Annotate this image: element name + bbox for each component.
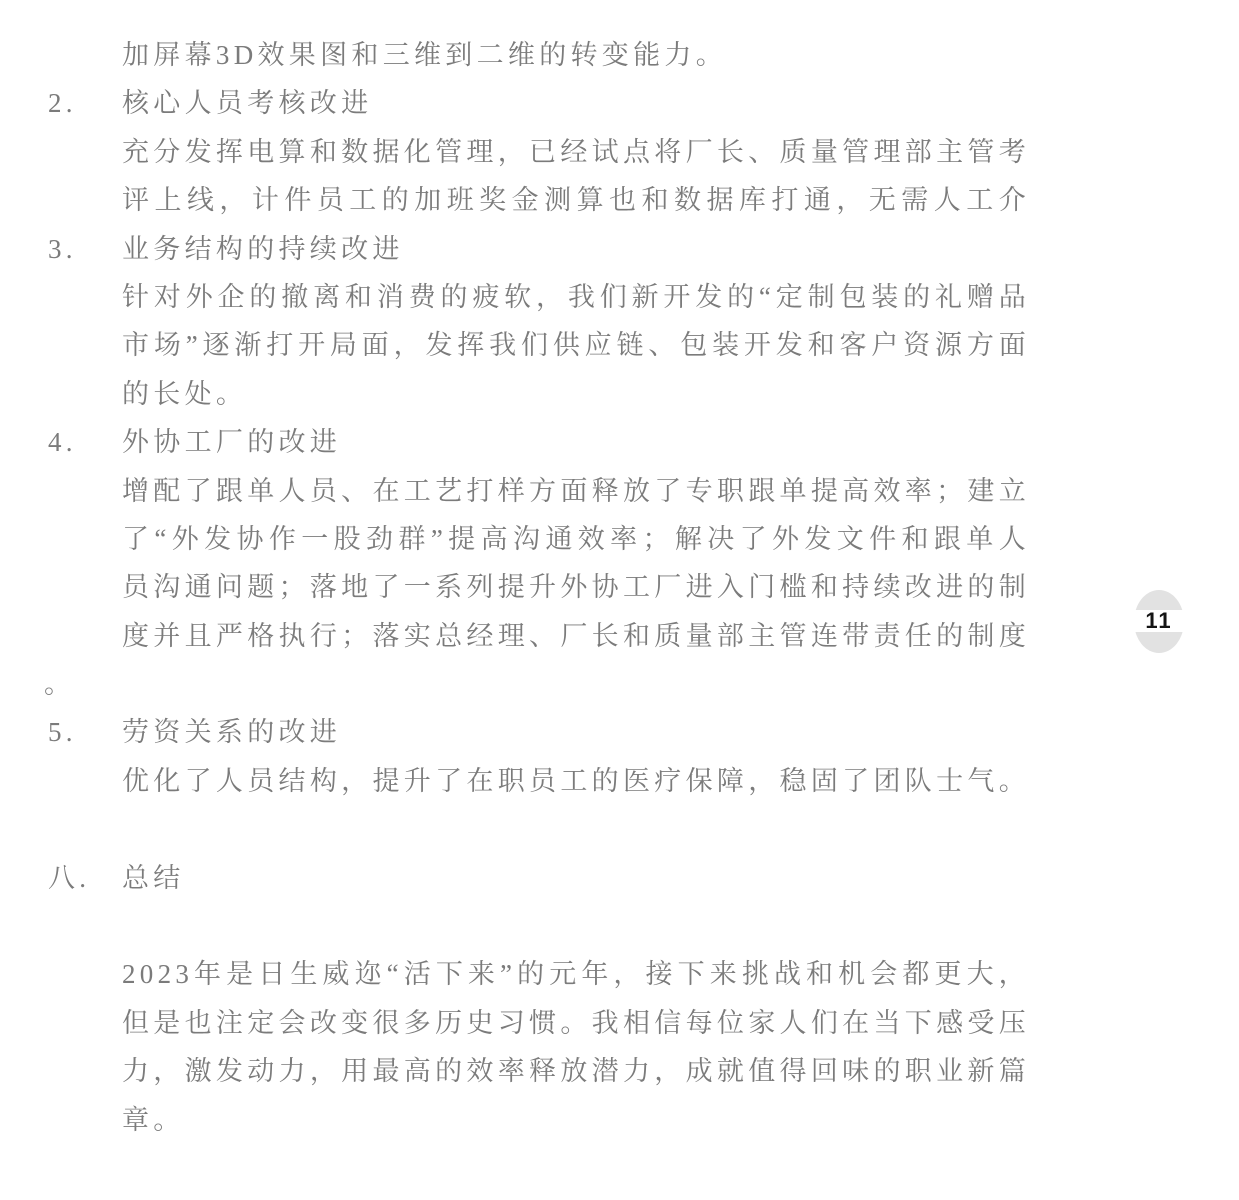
text-line: 市场”逐渐打开局面，发挥我们供应链、包装开发和客户资源方面 — [0, 321, 1239, 369]
text-line: 充分发挥电算和数据化管理，已经试点将厂长、质量管理部主管考 — [0, 128, 1239, 176]
line-text: 。 — [44, 660, 952, 708]
line-text: 加屏幕3D效果图和三维到二维的转变能力。 — [122, 31, 1030, 79]
document-text-block: 加屏幕3D效果图和三维到二维的转变能力。2.核心人员考核改进充分发挥电算和数据化… — [0, 31, 1239, 1144]
text-line: 。 — [0, 660, 1239, 708]
list-item-line: 3.业务结构的持续改进 — [0, 225, 1239, 273]
line-text: 了“外发协作一股劲群”提高沟通效率；解决了外发文件和跟单人 — [122, 515, 1030, 563]
line-text: 外协工厂的改进 — [122, 418, 1030, 466]
list-number: 4. — [48, 418, 77, 466]
text-line: 了“外发协作一股劲群”提高沟通效率；解决了外发文件和跟单人 — [0, 515, 1239, 563]
list-number: 八. — [48, 854, 90, 902]
text-line: 针对外企的撤离和消费的疲软，我们新开发的“定制包装的礼赠品 — [0, 273, 1239, 321]
line-text: 评上线，计件员工的加班奖金测算也和数据库打通，无需人工介入。 — [122, 176, 1030, 224]
list-number: 5. — [48, 708, 77, 756]
text-line: 但是也注定会改变很多历史习惯。我相信每位家人们在当下感受压 — [0, 999, 1239, 1047]
line-text: 增配了跟单人员、在工艺打样方面释放了专职跟单提高效率；建立 — [122, 467, 1030, 515]
line-text: 员沟通问题；落地了一系列提升外协工厂进入门槛和持续改进的制 — [122, 563, 1030, 611]
text-line — [0, 902, 1239, 950]
line-text: 力，激发动力，用最高的效率释放潜力，成就值得回味的职业新篇 — [122, 1047, 1030, 1095]
line-text: 充分发挥电算和数据化管理，已经试点将厂长、质量管理部主管考 — [122, 128, 1030, 176]
text-line: 增配了跟单人员、在工艺打样方面释放了专职跟单提高效率；建立 — [0, 467, 1239, 515]
text-line: 度并且严格执行；落实总经理、厂长和质量部主管连带责任的制度 — [0, 612, 1239, 660]
list-number: 3. — [48, 225, 77, 273]
list-item-line: 2.核心人员考核改进 — [0, 79, 1239, 127]
list-item-line: 八.总结 — [0, 854, 1239, 902]
line-text: 市场”逐渐打开局面，发挥我们供应链、包装开发和客户资源方面 — [122, 321, 1030, 369]
line-text: 优化了人员结构，提升了在职员工的医疗保障，稳固了团队士气。 — [122, 757, 1030, 805]
line-text: 总结 — [122, 854, 1030, 902]
text-line: 评上线，计件员工的加班奖金测算也和数据库打通，无需人工介入。 — [0, 176, 1239, 224]
text-line: 2023年是日生威迩“活下来”的元年，接下来挑战和机会都更大， — [0, 950, 1239, 998]
line-text: 章。 — [122, 1096, 1030, 1144]
line-text: 劳资关系的改进 — [122, 708, 1030, 756]
text-line: 加屏幕3D效果图和三维到二维的转变能力。 — [0, 31, 1239, 79]
text-line: 优化了人员结构，提升了在职员工的医疗保障，稳固了团队士气。 — [0, 757, 1239, 805]
text-line — [0, 805, 1239, 853]
list-item-line: 4.外协工厂的改进 — [0, 418, 1239, 466]
line-text: 的长处。 — [122, 370, 1030, 418]
line-text: 针对外企的撤离和消费的疲软，我们新开发的“定制包装的礼赠品 — [122, 273, 1030, 321]
line-text: 核心人员考核改进 — [122, 79, 1030, 127]
line-text: 度并且严格执行；落实总经理、厂长和质量部主管连带责任的制度 — [122, 612, 1030, 660]
list-number: 2. — [48, 79, 77, 127]
line-text: 业务结构的持续改进 — [122, 225, 1030, 273]
line-text: 但是也注定会改变很多历史习惯。我相信每位家人们在当下感受压 — [122, 999, 1030, 1047]
page-number: 11 — [1145, 610, 1172, 632]
line-text: 2023年是日生威迩“活下来”的元年，接下来挑战和机会都更大， — [122, 950, 1030, 998]
text-line: 员沟通问题；落地了一系列提升外协工厂进入门槛和持续改进的制 — [0, 563, 1239, 611]
list-item-line: 5.劳资关系的改进 — [0, 708, 1239, 756]
text-line: 的长处。 — [0, 370, 1239, 418]
text-line: 力，激发动力，用最高的效率释放潜力，成就值得回味的职业新篇 — [0, 1047, 1239, 1095]
page-number-band: 11 — [1130, 610, 1188, 632]
text-line: 章。 — [0, 1096, 1239, 1144]
page-number-badge: 11 — [1134, 590, 1184, 653]
